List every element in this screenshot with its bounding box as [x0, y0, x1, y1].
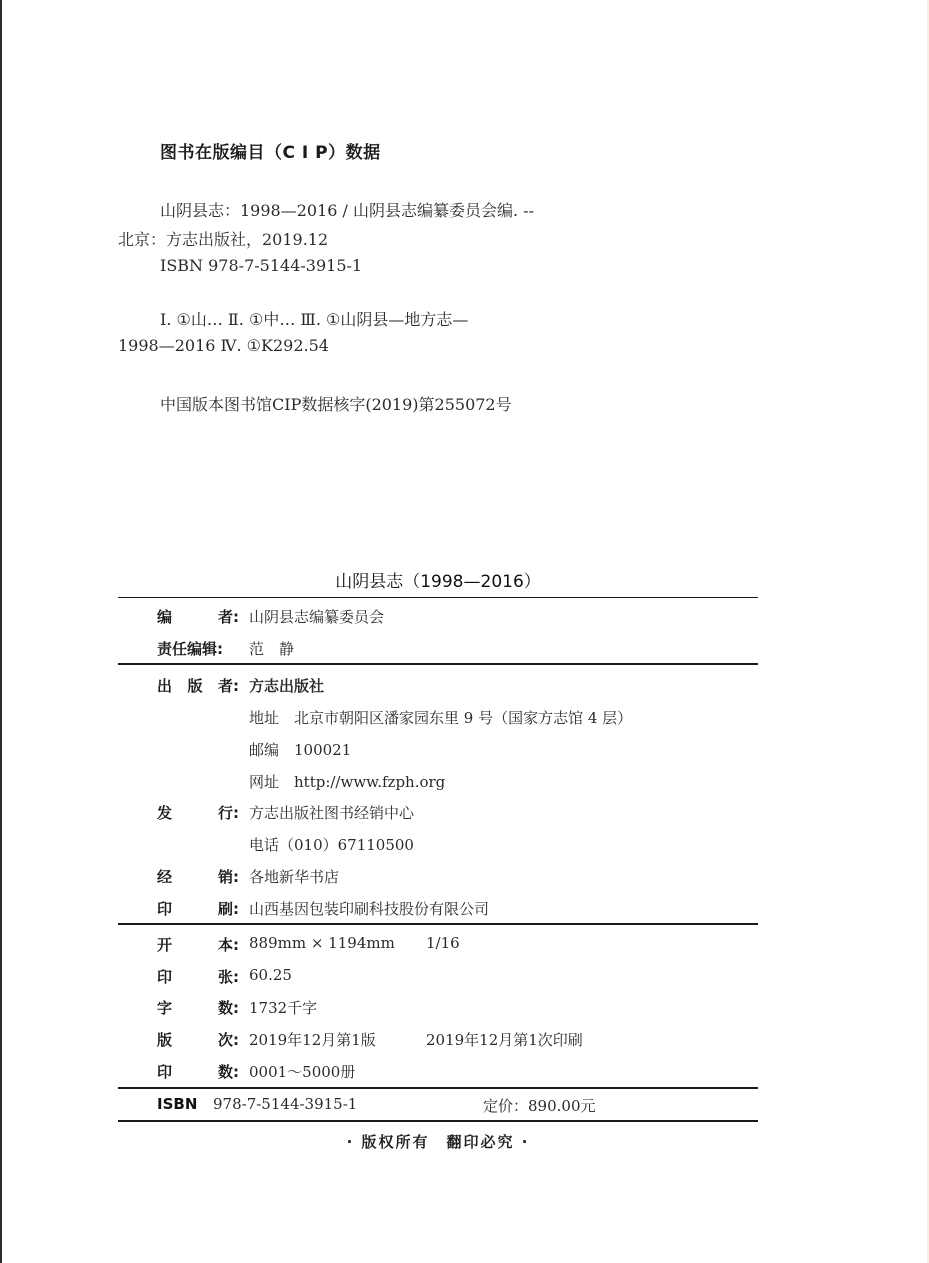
- value-format: 889mm × 1194mm: [249, 934, 395, 952]
- value-responsible-editor: 范 静: [249, 638, 294, 659]
- label-sales: 经销:: [157, 866, 239, 887]
- divider: [118, 663, 758, 665]
- value-website: 网址 http://www.fzph.org: [249, 771, 445, 792]
- label-edition: 版次:: [157, 1029, 239, 1050]
- divider: [118, 1120, 758, 1122]
- value-publisher: 方志出版社: [249, 675, 324, 696]
- cip-line-5: 1998—2016 Ⅳ. ①K292.54: [118, 336, 329, 355]
- cip-line-2: 北京：方志出版社，2019.12: [118, 227, 328, 250]
- divider: [118, 597, 758, 598]
- value-distribution: 方志出版社图书经销中心: [249, 802, 414, 823]
- cip-line-1: 山阴县志：1998—2016 / 山阴县志编纂委员会编. --: [160, 198, 534, 221]
- label-sheets: 印张:: [157, 966, 239, 987]
- label-publisher: 出版者:: [157, 675, 239, 696]
- book-title: 山阴县志（1998—2016）: [118, 567, 758, 592]
- label-printer: 印刷:: [157, 898, 239, 919]
- value-editor: 山阴县志编纂委员会: [249, 606, 384, 627]
- value-postcode: 邮编 100021: [249, 739, 351, 760]
- isbn-label: ISBN: [157, 1095, 197, 1113]
- label-format: 开本:: [157, 934, 239, 955]
- divider: [118, 1087, 758, 1089]
- label-responsible-editor: 责任编辑:: [157, 638, 239, 659]
- cip-line-4: Ⅰ. ①山… Ⅱ. ①中… Ⅲ. ①山阴县—地方志—: [160, 307, 468, 330]
- label-distribution: 发行:: [157, 802, 239, 823]
- cip-line-3: ISBN 978-7-5144-3915-1: [160, 256, 362, 275]
- label-print-run: 印数:: [157, 1061, 239, 1082]
- value-format-size: 1/16: [426, 934, 460, 952]
- cip-line-6: 中国版本图书馆CIP数据核字(2019)第255072号: [160, 392, 512, 415]
- value-printer: 山西基因包装印刷科技股份有限公司: [249, 898, 489, 919]
- value-phone: 电话（010）67110500: [249, 834, 414, 855]
- value-sheets: 60.25: [249, 966, 292, 984]
- price: 定价：890.00元: [483, 1095, 596, 1116]
- rights-notice: · 版权所有 翻印必究 ·: [118, 1131, 758, 1152]
- value-word-count: 1732千字: [249, 997, 317, 1018]
- cip-heading: 图书在版编目（C I P）数据: [160, 138, 381, 163]
- value-printing: 2019年12月第1次印刷: [426, 1029, 583, 1050]
- value-sales: 各地新华书店: [249, 866, 339, 887]
- label-editor: 编者:: [157, 606, 239, 627]
- value-edition: 2019年12月第1版: [249, 1029, 376, 1050]
- isbn-value: 978-7-5144-3915-1: [213, 1095, 357, 1113]
- page-left-border: [0, 0, 2, 1263]
- divider: [118, 923, 758, 925]
- value-address: 地址 北京市朝阳区潘家园东里 9 号（国家方志馆 4 层）: [249, 707, 632, 728]
- label-word-count: 字数:: [157, 997, 239, 1018]
- value-print-run: 0001～5000册: [249, 1061, 355, 1082]
